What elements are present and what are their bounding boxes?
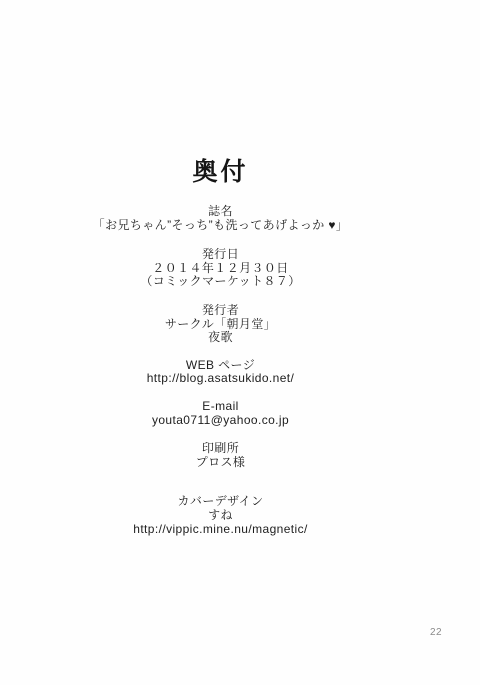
section-email: E-mail youta0711@yahoo.co.jp [0,400,441,427]
event-name: （コミックマーケット８７） [0,275,441,289]
printer-name: プロス様 [0,456,441,470]
section-publication-date: 発行日 ２０１４年１２月３０日 （コミックマーケット８７） [0,248,441,289]
section-cover-design: カバーデザイン すね http://vippic.mine.nu/magneti… [0,495,441,536]
web-url: http://blog.asatsukido.net/ [0,372,441,386]
section-label: 発行日 [0,248,441,262]
section-label: 印刷所 [0,442,441,456]
colophon-content: 奥付 誌名 「お兄ちゃん”そっち”も洗ってあげよっか ♥」 発行日 ２０１４年１… [0,158,441,536]
cover-design-url: http://vippic.mine.nu/magnetic/ [0,523,441,537]
author-name: 夜歌 [0,331,441,345]
email-address: youta0711@yahoo.co.jp [0,414,441,428]
publication-date: ２０１４年１２月３０日 [0,262,441,276]
page-number: 22 [430,628,442,638]
section-book-title: 誌名 「お兄ちゃん”そっち”も洗ってあげよっか ♥」 [0,205,441,232]
section-label: WEB ページ [0,359,441,373]
section-label: カバーデザイン [0,495,441,509]
section-web-page: WEB ページ http://blog.asatsukido.net/ [0,359,441,386]
section-label: 誌名 [0,205,441,219]
book-title-text: 「お兄ちゃん”そっち”も洗ってあげよっか ♥」 [0,219,441,233]
section-printer: 印刷所 プロス様 [0,442,441,469]
section-label: 発行者 [0,304,441,318]
cover-designer-name: すね [0,509,441,523]
colophon-page: 奥付 誌名 「お兄ちゃん”そっち”も洗ってあげよっか ♥」 発行日 ２０１４年１… [0,0,480,685]
colophon-title: 奥付 [0,158,441,186]
section-label: E-mail [0,400,441,414]
section-publisher: 発行者 サークル「朝月堂」 夜歌 [0,304,441,345]
